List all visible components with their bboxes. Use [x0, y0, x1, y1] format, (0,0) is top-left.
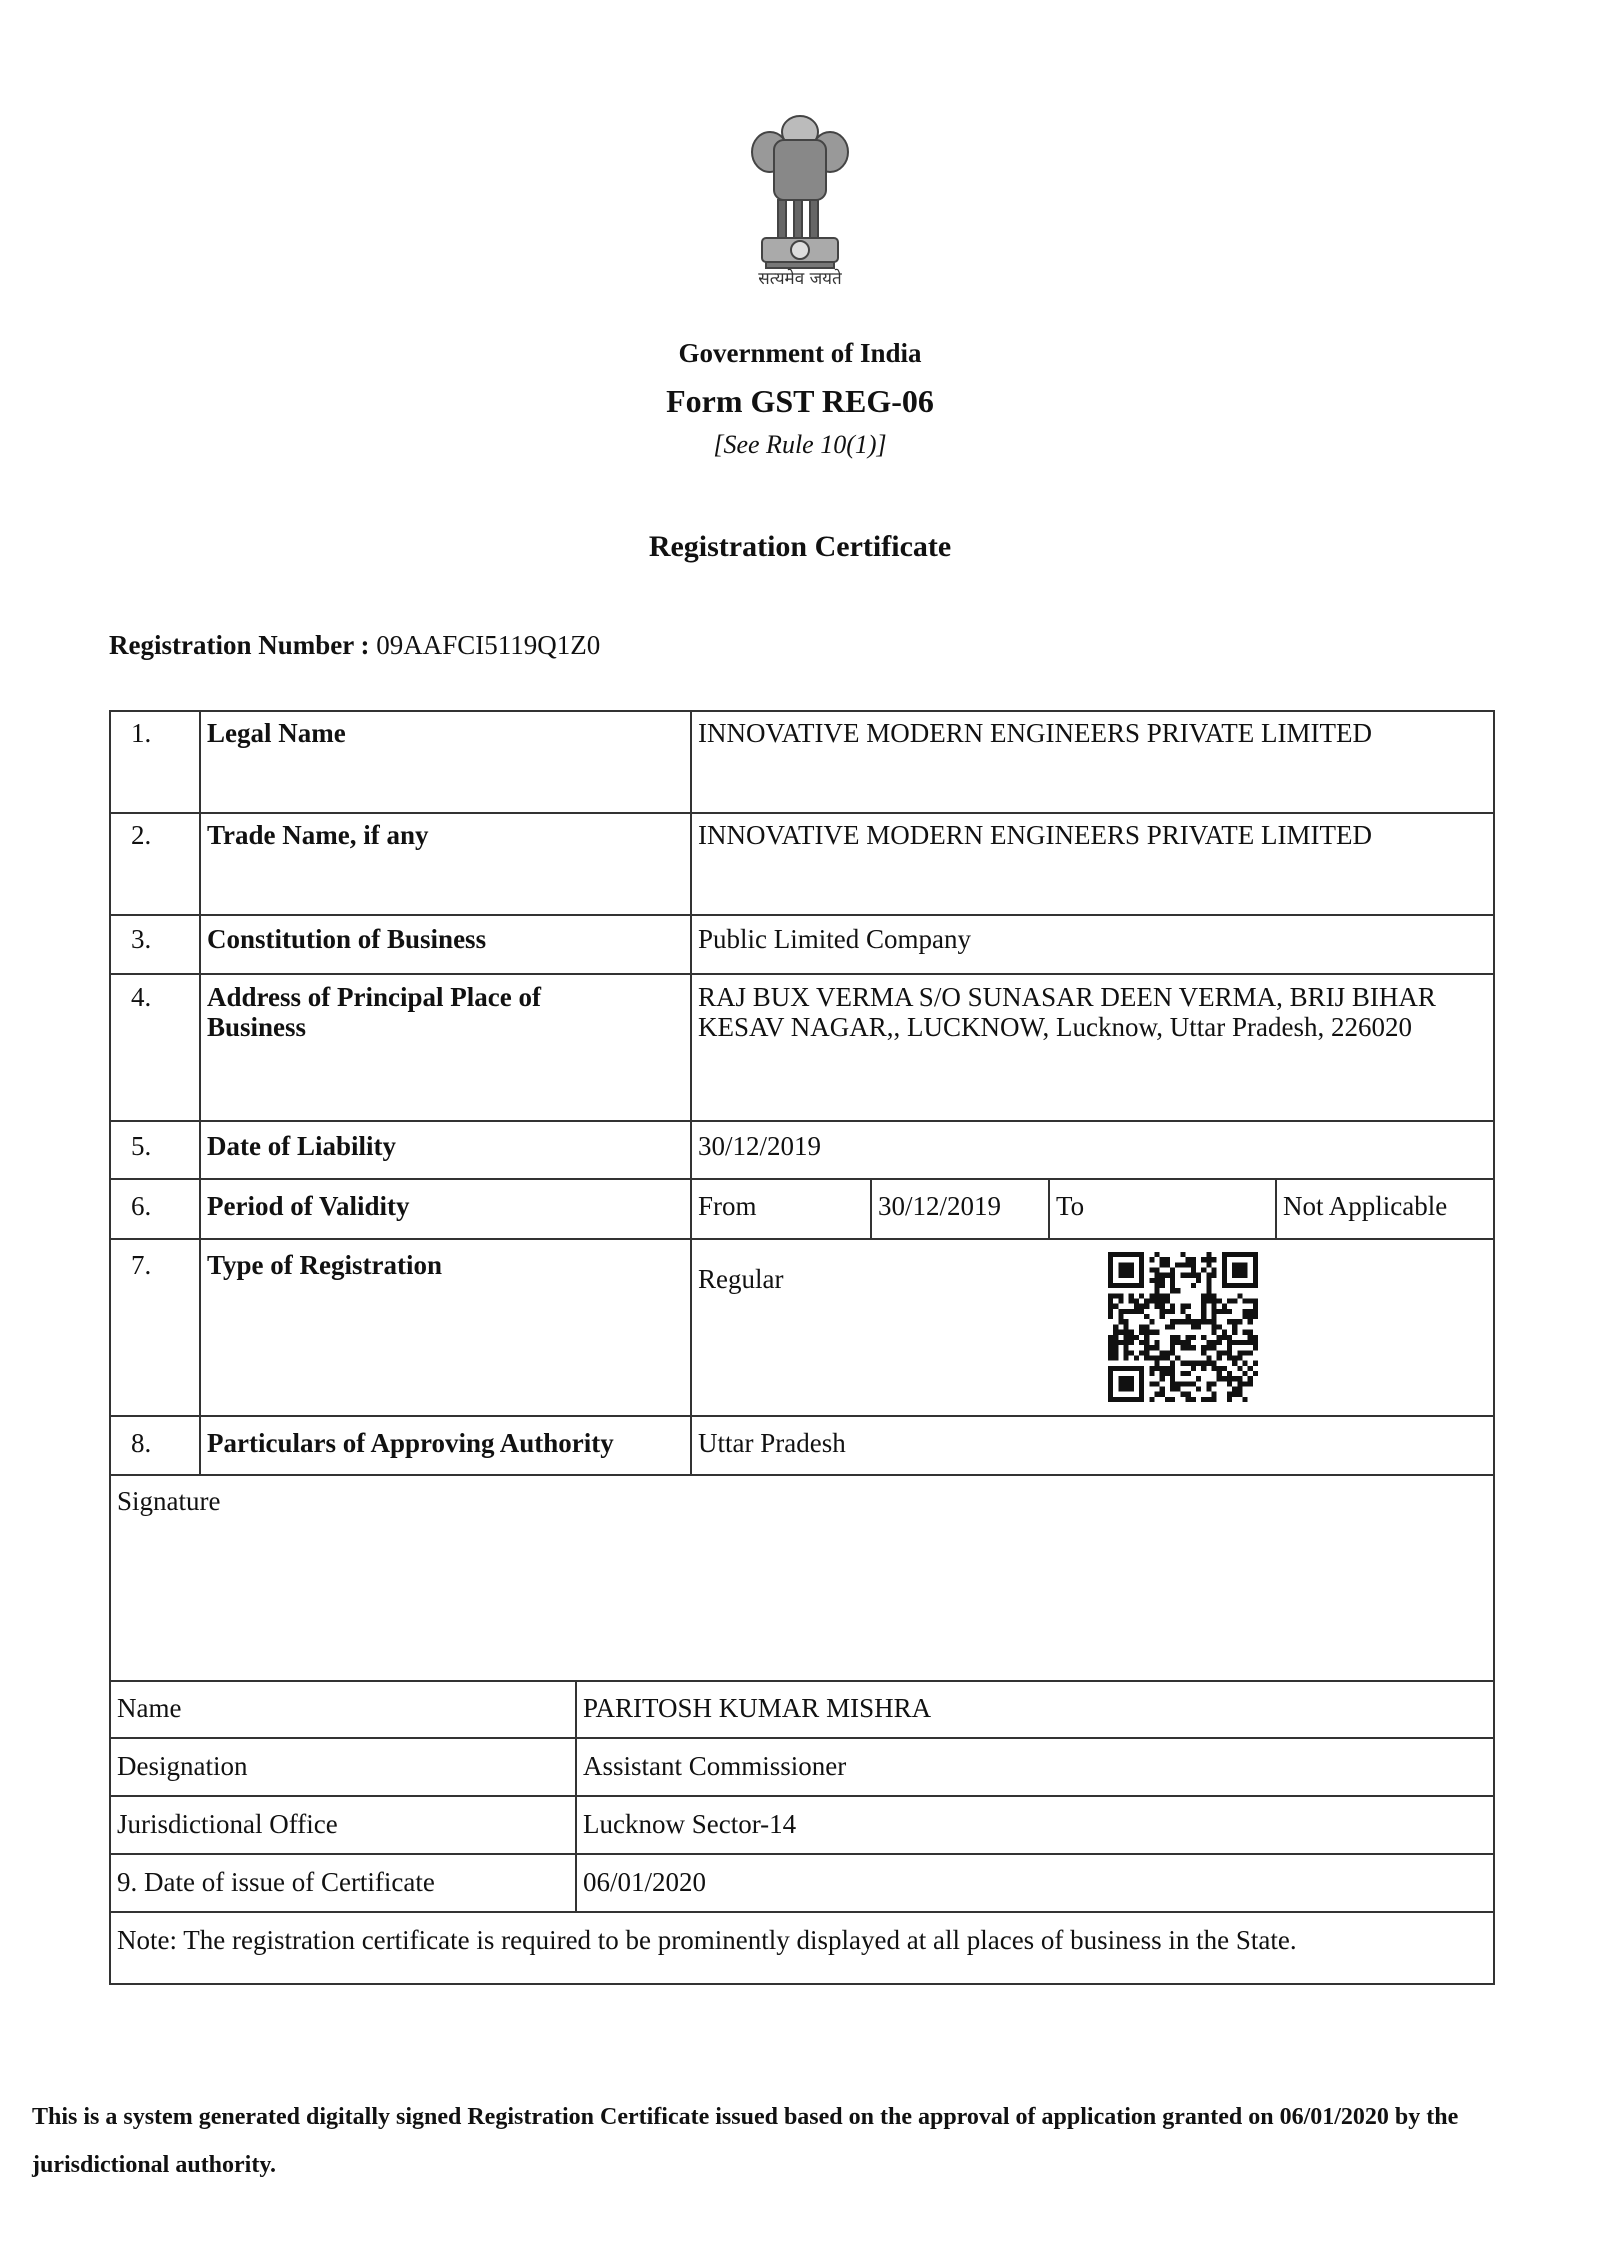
system-generated-footer: This is a system generated digitally sig…: [32, 2093, 1572, 2189]
display-note: Note: The registration certificate is re…: [117, 1925, 1487, 1955]
validity-from-value: 30/12/2019: [878, 1191, 1001, 1221]
form-title: Form GST REG-06: [0, 383, 1600, 420]
government-heading: Government of India: [0, 338, 1600, 369]
registration-type-value: Regular: [698, 1264, 783, 1294]
jurisdictional-office-label: Jurisdictional Office: [117, 1809, 338, 1839]
issue-date-value: 06/01/2020: [583, 1867, 706, 1897]
constitution-label: Constitution of Business: [207, 924, 677, 954]
designation-value: Assistant Commissioner: [583, 1751, 846, 1781]
divider: [109, 1474, 1495, 1476]
registration-type-label: Type of Registration: [207, 1250, 677, 1280]
legal-name-value: INNOVATIVE MODERN ENGINEERS PRIVATE LIMI…: [698, 718, 1488, 748]
validity-to-value: Not Applicable: [1283, 1191, 1447, 1221]
divider: [109, 1680, 1495, 1682]
row-number: 7.: [131, 1250, 151, 1280]
legal-name-label: Legal Name: [207, 718, 677, 748]
divider: [109, 973, 1495, 975]
name-label: Name: [117, 1693, 181, 1723]
divider: [109, 1853, 1495, 1855]
rule-reference: [See Rule 10(1)]: [0, 430, 1600, 460]
divider: [690, 710, 692, 1474]
trade-name-label: Trade Name, if any: [207, 820, 677, 850]
date-of-liability-value: 30/12/2019: [698, 1131, 1488, 1161]
divider: [199, 710, 201, 1474]
row-number: 8.: [131, 1428, 151, 1458]
constitution-value: Public Limited Company: [698, 924, 1488, 954]
designation-label: Designation: [117, 1751, 247, 1781]
divider: [109, 1737, 1495, 1739]
certificate-title: Registration Certificate: [0, 530, 1600, 564]
row-number: 3.: [131, 924, 151, 954]
jurisdictional-office-value: Lucknow Sector-14: [583, 1809, 796, 1839]
name-value: PARITOSH KUMAR MISHRA: [583, 1693, 931, 1723]
row-number: 6.: [131, 1191, 151, 1221]
validity-from-label: From: [698, 1191, 757, 1221]
row-number: 1.: [131, 718, 151, 748]
divider: [575, 1680, 577, 1911]
certificate-table: [109, 710, 1495, 1985]
divider: [109, 1178, 1495, 1180]
emblem-motto: सत्यमेव जयते: [700, 266, 900, 289]
address-value: RAJ BUX VERMA S/O SUNASAR DEEN VERMA, BR…: [698, 982, 1498, 1042]
validity-label: Period of Validity: [207, 1191, 677, 1221]
address-label: Address of Principal Place of Business: [207, 982, 607, 1042]
row-number: 2.: [131, 820, 151, 850]
approving-authority-label: Particulars of Approving Authority: [207, 1428, 677, 1458]
date-of-liability-label: Date of Liability: [207, 1131, 677, 1161]
validity-to-label: To: [1056, 1191, 1084, 1221]
issue-date-label: 9. Date of issue of Certificate: [117, 1867, 435, 1897]
divider: [109, 1795, 1495, 1797]
divider: [109, 914, 1495, 916]
national-emblem-icon: [740, 110, 860, 290]
divider: [109, 812, 1495, 814]
divider: [109, 1415, 1495, 1417]
qr-code-icon: [1108, 1252, 1258, 1402]
approving-authority-value: Uttar Pradesh: [698, 1428, 1488, 1458]
divider: [1048, 1178, 1050, 1238]
signature-label: Signature: [117, 1486, 220, 1516]
divider: [109, 1911, 1495, 1913]
registration-number-label: Registration Number :: [109, 630, 369, 660]
divider: [109, 1238, 1495, 1240]
divider: [1275, 1178, 1277, 1238]
registration-number-line: Registration Number : 09AAFCI5119Q1Z0: [109, 630, 600, 661]
trade-name-value: INNOVATIVE MODERN ENGINEERS PRIVATE LIMI…: [698, 820, 1488, 850]
registration-number-value: 09AAFCI5119Q1Z0: [376, 630, 600, 660]
divider: [870, 1178, 872, 1238]
row-number: 5.: [131, 1131, 151, 1161]
divider: [109, 1120, 1495, 1122]
row-number: 4.: [131, 982, 151, 1012]
